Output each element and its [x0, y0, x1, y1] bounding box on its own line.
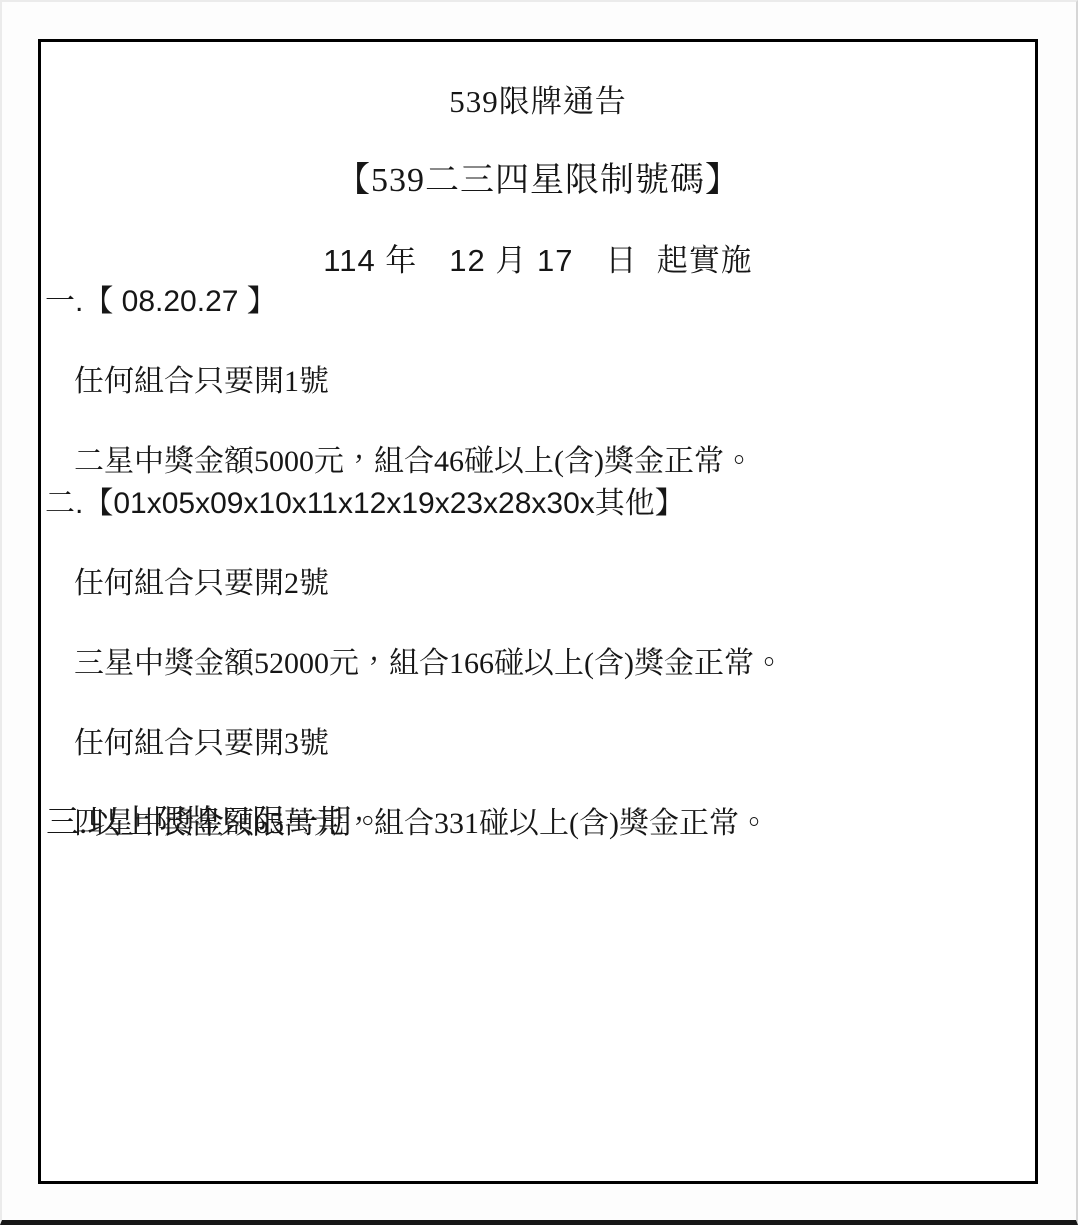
section-1-heading: 一.【 08.20.27 】 — [41, 280, 1035, 324]
section-2-line-3: 任何組合只要開3號 — [41, 722, 1035, 766]
section-3: 三.以上限牌只限一期。 — [41, 764, 1035, 882]
section-2-line-1: 任何組合只要開2號 — [41, 562, 1035, 606]
section-3-heading: 三.以上限牌只限一期。 — [41, 800, 1035, 846]
section-2-line-2: 三星中獎金額52000元，組合166碰以上(含)獎金正常。 — [41, 642, 1035, 686]
notice-subtitle: 【539二三四星限制號碼】 — [41, 159, 1035, 203]
page-background: 539限牌通告 【539二三四星限制號碼】 114 年 12 月 17 日 起實… — [0, 0, 1078, 1225]
section-2-heading: 二.【01x05x09x10x11x12x19x23x28x30x其他】 — [41, 482, 1035, 526]
section-1-line-1: 任何組合只要開1號 — [41, 360, 1035, 404]
notice-document: 539限牌通告 【539二三四星限制號碼】 114 年 12 月 17 日 起實… — [38, 39, 1038, 1184]
notice-title: 539限牌通告 — [41, 80, 1035, 123]
